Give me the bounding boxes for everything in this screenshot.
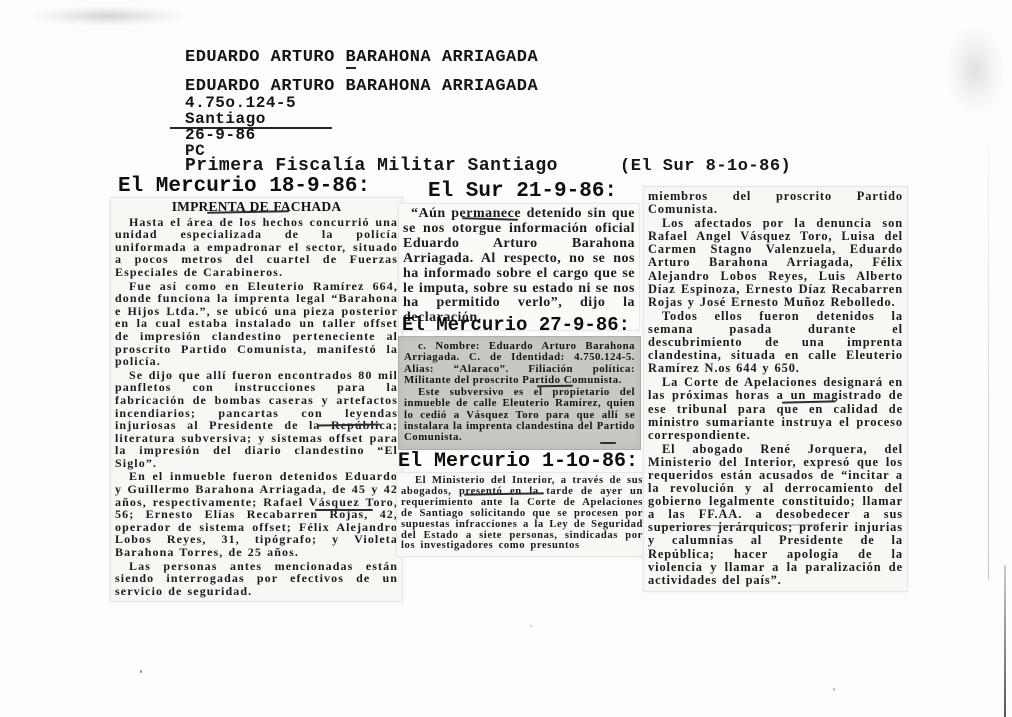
clipping-paragraph: Este subversivo es el propietario del in… [404,387,635,443]
pen-dash-mark [315,509,373,511]
clipping-paragraph: Las personas antes mencionadas están sie… [115,560,398,598]
scan-edge-line [1004,565,1006,717]
victim-name-part: ARAHONA ARRIAGADA [356,48,538,67]
clipping-mercurio-27-9-highlighted: c. Nombre: Eduardo Arturo Barahona Arria… [398,336,641,450]
clipping-mercurio-18-9: IMPRENTA DE FACHADA Hasta el área de los… [110,197,403,602]
clipping-paragraph: El Ministerio del Interior, a través de … [401,476,643,552]
clipping-paragraph: Fue así como en Eleuterio Ramírez 664, d… [115,280,398,368]
scan-fold-line [988,140,989,580]
scan-speck [833,688,835,691]
clipping-heading-elsur-21-9: El Sur 21-9-86: [428,180,617,203]
clipping-paragraph: Los afectados por la denuncia son Rafael… [648,217,903,309]
clipping-elsur-8-10: miembros del proscrito Partido Comunista… [643,186,908,592]
clipping-paragraph: El abogado René Jorquera, del Ministerio… [648,443,903,587]
clipping-elsur-21-9: “Aún permanece detenido sin que se nos o… [398,203,640,331]
court-line: Primera Fiscalía Militar Santiago [185,156,558,176]
victim-name-line-1: EDUARDO ARTURO BARAHONA ARRIAGADA [185,48,538,67]
clipping-mercurio-1-10: El Ministerio del Interior, a través de … [396,472,648,557]
source-note: (El Sur 8-1o-86) [620,157,791,176]
clipping-paragraph: c. Nombre: Eduardo Arturo Barahona Arria… [404,341,635,386]
clipping-paragraph: Se dijo que allí fueron encontrados 80 m… [115,369,398,470]
clipping-paragraph: En el inmueble fueron detenidos Eduardo … [115,470,398,558]
victim-name-underlined-letter: B [346,48,357,69]
scan-smudge-top-right [945,25,1005,115]
clipping-paragraph: Hasta el área de los hechos concurrió un… [115,216,398,279]
clipping-paragraph: La Corte de Apelaciones designará en las… [648,376,903,441]
scan-smudge-top-left [28,6,188,26]
clipping-paragraph: miembros del proscrito Partido Comunista… [648,190,903,216]
scanned-document-page: { "header": { "name1_pre": "EDUARDO ARTU… [0,0,1012,717]
clipping-heading-mercurio-1-10: El Mercurio 1-1o-86: [398,450,638,473]
victim-name-part: EDUARDO ARTURO [185,48,346,67]
scan-speck [530,625,532,627]
scan-speck [140,670,142,673]
pen-dash-mark [600,442,616,444]
clipping-heading-mercurio-18-9: El Mercurio 18-9-86: [118,175,370,198]
clipping-paragraph: Todos ellos fueron detenidos la semana p… [648,310,903,375]
clipping-paragraph: “Aún permanece detenido sin que se nos o… [403,207,635,326]
clipping-heading-mercurio-27-9: El Mercurio 27-9-86: [402,314,630,336]
